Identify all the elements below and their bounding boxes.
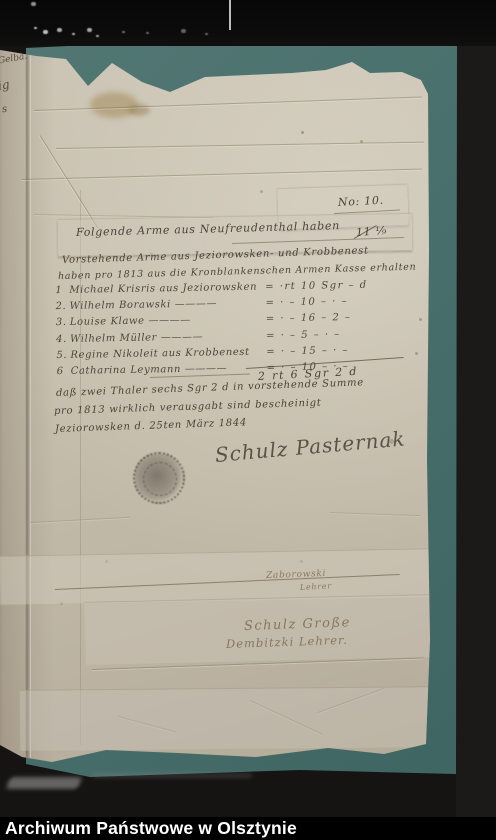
page-edge-fragment: ig	[0, 77, 11, 93]
faint-signature: Zaborowski	[266, 569, 326, 581]
entry-number: 4.	[56, 333, 70, 349]
margin-note: 11 ⅑	[356, 224, 388, 239]
document-paper: Gelba. ig s No: 10. Folgende Arme aus Ne…	[0, 0, 496, 818]
entry-number: 5.	[56, 350, 70, 366]
film-scratch-line	[229, 0, 231, 30]
crease-line	[56, 142, 424, 149]
recipient-table: 1 Michael Krisris aus Jeziorowsken = ·rt…	[55, 279, 417, 382]
blurred-edge-text	[92, 773, 252, 778]
faint-signature-role: Lehrer	[300, 581, 332, 592]
entry-number: 6	[57, 366, 71, 382]
certify-line-2: pro 1813 wirklich verausgabt sind besche…	[54, 398, 322, 417]
film-scratch-marks	[34, 27, 37, 29]
entry-number: 1	[55, 285, 69, 301]
fold-highlight	[30, 52, 31, 758]
blurred-edge-text	[6, 777, 82, 789]
ink-seal	[133, 452, 185, 504]
fold-crease	[26, 52, 29, 758]
foxing-specks	[301, 131, 304, 134]
paper-strip	[20, 686, 431, 751]
entry-number: 3.	[56, 317, 70, 333]
photo-background	[456, 0, 496, 818]
page-edge-fragment: s	[1, 104, 8, 116]
archive-caption: Archiwum Państwowe w Olsztynie	[0, 818, 297, 839]
main-signature: Schulz Pasternak	[214, 426, 406, 467]
archive-scan-viewport: Gelba. ig s No: 10. Folgende Arme aus Ne…	[0, 0, 496, 840]
caption-bar: Archiwum Państwowe w Olsztynie	[0, 817, 496, 840]
document-number: No: 10.	[338, 194, 384, 209]
entry-number: 2.	[55, 301, 69, 317]
strip-edge	[22, 169, 422, 180]
ink-seal-inner-ring	[143, 462, 177, 496]
page-edge-fragment: Gelba.	[0, 52, 28, 67]
crease-line	[330, 512, 420, 516]
date-line: Jeziorowsken d. 25ten März 1844	[55, 417, 247, 435]
film-edge-band	[0, 0, 496, 46]
entry-name: Catharina Leymann ————	[71, 362, 267, 382]
